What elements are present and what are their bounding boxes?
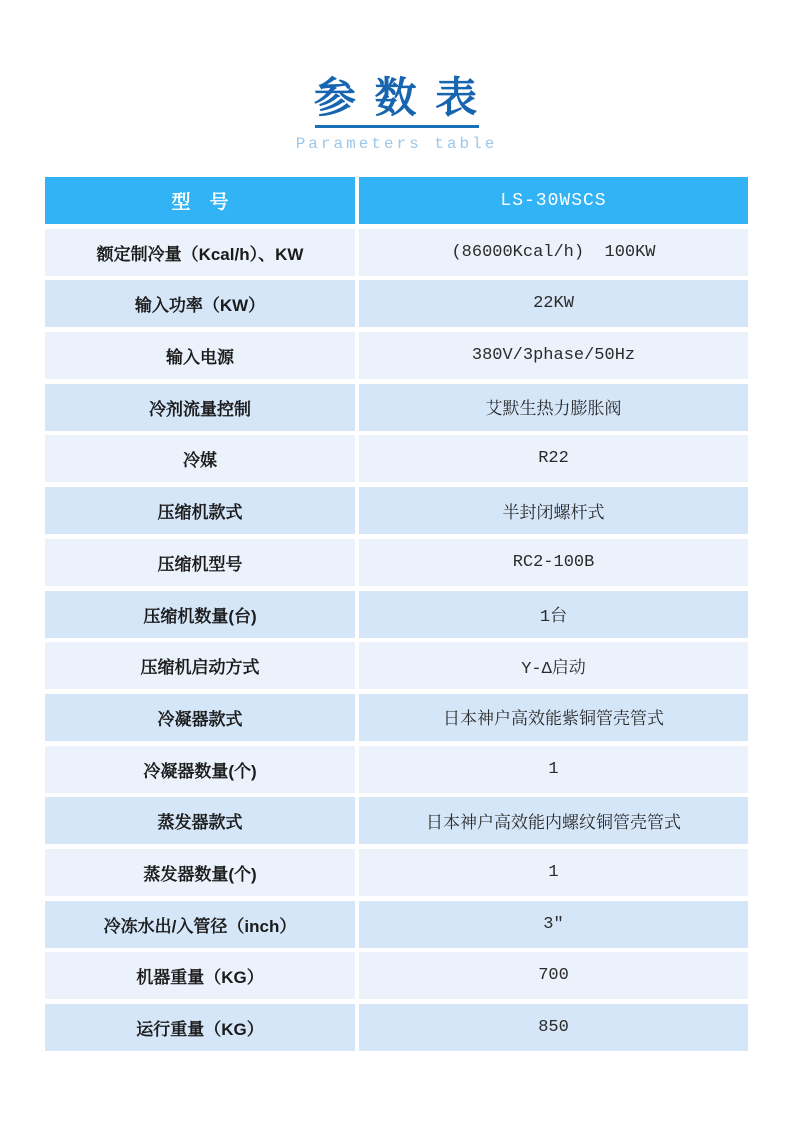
title-underline: [315, 125, 479, 128]
table-row: 额定制冷量（Kcal/h）、KW (86000Kcal/h) 100KW: [45, 229, 748, 276]
page-title: 参 数 表: [0, 72, 793, 124]
table-row: 压缩机数量(台) 1台: [45, 591, 748, 638]
table-row: 输入电源 380V/3phase/50Hz: [45, 332, 748, 379]
table-row: 蒸发器款式 日本神户高效能内螺纹铜管壳管式: [45, 797, 748, 844]
table-row: 冷媒 R22: [45, 435, 748, 482]
param-label: 运行重量（KG）: [45, 1004, 355, 1051]
model-value-cell: LS-30WSCS: [359, 177, 748, 224]
param-value: 1: [359, 849, 748, 896]
param-label: 冷媒: [45, 435, 355, 482]
model-header-cell: 型 号: [45, 177, 355, 224]
param-value: 3″: [359, 901, 748, 948]
table-row: 运行重量（KG） 850: [45, 1004, 748, 1051]
param-value: 700: [359, 952, 748, 999]
param-label: 冷冻水出/入管径（inch）: [45, 901, 355, 948]
param-label: 冷凝器款式: [45, 694, 355, 741]
param-label: 额定制冷量（Kcal/h）、KW: [45, 229, 355, 276]
param-value: 1: [359, 746, 748, 793]
table-row: 冷冻水出/入管径（inch） 3″: [45, 901, 748, 948]
param-value: 22KW: [359, 280, 748, 327]
param-value: Y-Δ启动: [359, 642, 748, 689]
table-row: 机器重量（KG） 700: [45, 952, 748, 999]
param-value: 日本神户高效能内螺纹铜管壳管式: [359, 797, 748, 844]
param-value: RC2-100B: [359, 539, 748, 586]
param-label: 压缩机启动方式: [45, 642, 355, 689]
table-row: 压缩机款式 半封闭螺杆式: [45, 487, 748, 534]
param-label: 冷剂流量控制: [45, 384, 355, 431]
table-row: 冷凝器数量(个) 1: [45, 746, 748, 793]
param-label: 输入功率（KW）: [45, 280, 355, 327]
param-value: (86000Kcal/h) 100KW: [359, 229, 748, 276]
param-value: R22: [359, 435, 748, 482]
table-row: 蒸发器数量(个) 1: [45, 849, 748, 896]
param-value: 半封闭螺杆式: [359, 487, 748, 534]
table-row: 输入功率（KW） 22KW: [45, 280, 748, 327]
table-row: 压缩机型号 RC2-100B: [45, 539, 748, 586]
param-value: 艾默生热力膨胀阀: [359, 384, 748, 431]
param-value: 日本神户高效能紫铜管壳管式: [359, 694, 748, 741]
document-page: 参 数 表 Parameters table 型 号 LS-30WSCS 额定制…: [0, 0, 793, 1122]
title-block: 参 数 表 Parameters table: [0, 72, 793, 153]
param-value: 850: [359, 1004, 748, 1051]
table-header-row: 型 号 LS-30WSCS: [45, 177, 748, 224]
param-label: 蒸发器款式: [45, 797, 355, 844]
param-label: 机器重量（KG）: [45, 952, 355, 999]
param-label: 蒸发器数量(个): [45, 849, 355, 896]
param-label: 压缩机款式: [45, 487, 355, 534]
param-label: 输入电源: [45, 332, 355, 379]
page-subtitle: Parameters table: [0, 135, 793, 153]
param-value: 380V/3phase/50Hz: [359, 332, 748, 379]
param-value: 1台: [359, 591, 748, 638]
parameters-table: 型 号 LS-30WSCS 额定制冷量（Kcal/h）、KW (86000Kca…: [45, 177, 748, 1051]
param-label: 冷凝器数量(个): [45, 746, 355, 793]
param-label: 压缩机型号: [45, 539, 355, 586]
param-label: 压缩机数量(台): [45, 591, 355, 638]
table-row: 冷凝器款式 日本神户高效能紫铜管壳管式: [45, 694, 748, 741]
table-row: 压缩机启动方式 Y-Δ启动: [45, 642, 748, 689]
table-row: 冷剂流量控制 艾默生热力膨胀阀: [45, 384, 748, 431]
